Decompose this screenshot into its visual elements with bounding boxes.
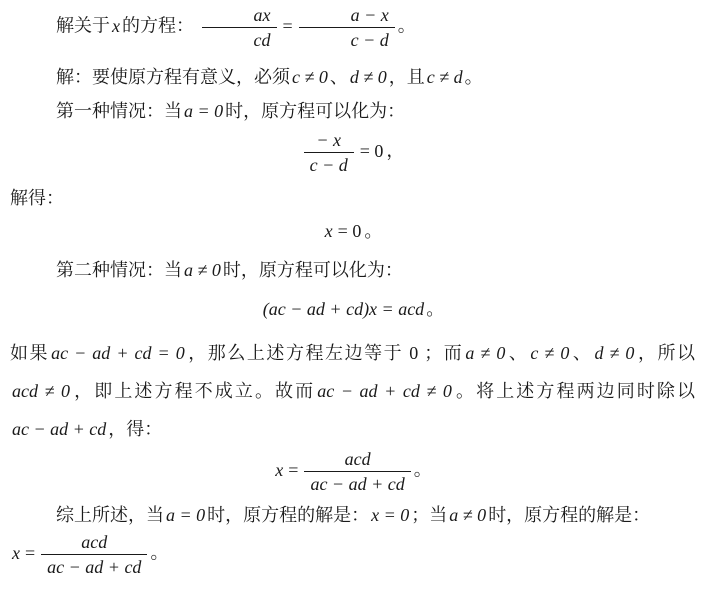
equals-sign: = bbox=[22, 543, 38, 563]
text-run: 。 bbox=[150, 543, 168, 563]
equals-sign: = bbox=[280, 16, 296, 36]
math-run: acd ≠ 0 bbox=[10, 381, 72, 401]
fraction: − xc − d bbox=[304, 129, 354, 176]
text-run: ，即上述方程不成立。故而 bbox=[72, 381, 315, 401]
math-run: c ≠ d bbox=[425, 67, 465, 87]
case2-intro: 第二种情况：当a ≠ 0时，原方程可以化为： bbox=[10, 256, 695, 284]
document-page: 解关于x的方程： axcd=a − xc − d。 解：要使原方程有意义，必须c… bbox=[0, 0, 705, 578]
validity-condition: 解：要使原方程有意义，必须c ≠ 0、d ≠ 0，且c ≠ d。 bbox=[10, 63, 695, 91]
conclusion: 综上所述，当a = 0时，原方程的解是：x = 0；当a ≠ 0时，原方程的解是… bbox=[10, 501, 695, 529]
math-run: ac − ad + cd = 0 bbox=[49, 343, 187, 363]
math-run: c ≠ 0 bbox=[528, 343, 571, 363]
math-run: d ≠ 0 bbox=[348, 67, 389, 87]
fraction-numerator: ax bbox=[202, 4, 277, 28]
math-run: a = 0 bbox=[182, 101, 225, 121]
case2-reasoning-line2: acd ≠ 0，即上述方程不成立。故而ac − ad + cd ≠ 0。将上述方… bbox=[10, 372, 695, 410]
problem-statement: 解关于x的方程： axcd=a − xc − d。 bbox=[10, 4, 695, 51]
case2-solution-equation: x=acdac − ad + cd。 bbox=[10, 448, 695, 495]
text-run: 。 bbox=[414, 460, 432, 480]
math-run: x = 0 bbox=[369, 505, 411, 525]
text-run: 。 bbox=[364, 221, 382, 241]
equals-sign: = bbox=[285, 460, 301, 480]
text-run: 。 bbox=[426, 299, 444, 319]
case2-reasoning-line3: ac − ad + cd，得： bbox=[10, 410, 695, 448]
case2-reasoning: 如果ac − ad + cd = 0，那么上述方程左边等于 0 ；而a ≠ 0、… bbox=[10, 334, 695, 448]
case1-intro: 第一种情况：当a = 0时，原方程可以化为： bbox=[10, 97, 695, 125]
text-run: 解关于 bbox=[56, 16, 110, 36]
text-run: 时，原方程可以化为： bbox=[225, 101, 405, 121]
solve-label: 解得： bbox=[10, 184, 695, 212]
math-run: d ≠ 0 bbox=[592, 343, 636, 363]
text-run: ，那么上述方程左边等于 0 ；而 bbox=[187, 343, 464, 363]
math-run: = 0 bbox=[357, 141, 387, 161]
text-run: ，且 bbox=[389, 67, 425, 87]
math-run: x bbox=[273, 460, 285, 480]
fraction-numerator: acd bbox=[304, 448, 410, 472]
math-run: a ≠ 0 bbox=[463, 343, 507, 363]
text-run: 时，原方程的解是： bbox=[488, 505, 650, 525]
math-run: x bbox=[10, 543, 22, 563]
math-run: = 0 bbox=[335, 221, 365, 241]
fraction-numerator: a − x bbox=[299, 4, 395, 28]
fraction: acdac − ad + cd bbox=[304, 448, 410, 495]
text-run: ，所以 bbox=[636, 343, 695, 363]
math-run: a ≠ 0 bbox=[447, 505, 488, 525]
text-run: 时，原方程的解是： bbox=[207, 505, 369, 525]
text-run: 综上所述，当 bbox=[56, 505, 164, 525]
case1-solution: x= 0。 bbox=[10, 218, 695, 244]
math-run: x bbox=[323, 221, 335, 241]
math-run: c ≠ 0 bbox=[290, 67, 330, 87]
case2-equation: (ac − ad + cd)x = acd。 bbox=[10, 296, 695, 322]
math-run: ac − ad + cd bbox=[10, 419, 108, 439]
fraction-denominator: ac − ad + cd bbox=[41, 555, 147, 578]
math-run: a ≠ 0 bbox=[182, 260, 223, 280]
fraction-denominator: c − d bbox=[299, 28, 395, 51]
fraction-denominator: c − d bbox=[304, 153, 354, 176]
text-run: 。 bbox=[465, 67, 483, 87]
text-run: 的方程： bbox=[122, 16, 194, 36]
text-run: 解：要使原方程有意义，必须 bbox=[56, 67, 290, 87]
text-run: 、 bbox=[330, 67, 348, 87]
text-run: 、 bbox=[507, 343, 528, 363]
conclusion-equation: x=acdac − ad + cd。 bbox=[10, 531, 695, 578]
fraction-denominator: cd bbox=[202, 28, 277, 51]
fraction-denominator: ac − ad + cd bbox=[304, 472, 410, 495]
math-run: (ac − ad + cd)x = acd bbox=[261, 299, 426, 319]
math-run: ac − ad + cd ≠ 0 bbox=[315, 381, 454, 401]
text-run: 、 bbox=[571, 343, 592, 363]
fraction-numerator: acd bbox=[41, 531, 147, 555]
text-run: 如果 bbox=[10, 343, 49, 363]
text-run: ，得： bbox=[108, 419, 162, 439]
fraction: axcd bbox=[202, 4, 277, 51]
case2-reasoning-line1: 如果ac − ad + cd = 0，那么上述方程左边等于 0 ；而a ≠ 0、… bbox=[10, 334, 695, 372]
math-run: x bbox=[110, 16, 122, 36]
text-run: 时，原方程可以化为： bbox=[223, 260, 403, 280]
fraction-numerator: − x bbox=[304, 129, 354, 153]
text-run: 第二种情况：当 bbox=[56, 260, 182, 280]
text-run: 。将上述方程两边同时除以 bbox=[454, 381, 695, 401]
text-run: 解得： bbox=[10, 188, 64, 208]
text-run: ；当 bbox=[411, 505, 447, 525]
case1-equation: − xc − d= 0， bbox=[10, 129, 695, 176]
fraction: a − xc − d bbox=[299, 4, 395, 51]
text-run: ， bbox=[386, 141, 404, 161]
text-run: 第一种情况：当 bbox=[56, 101, 182, 121]
math-run: a = 0 bbox=[164, 505, 207, 525]
fraction: acdac − ad + cd bbox=[41, 531, 147, 578]
text-run: 。 bbox=[398, 16, 416, 36]
